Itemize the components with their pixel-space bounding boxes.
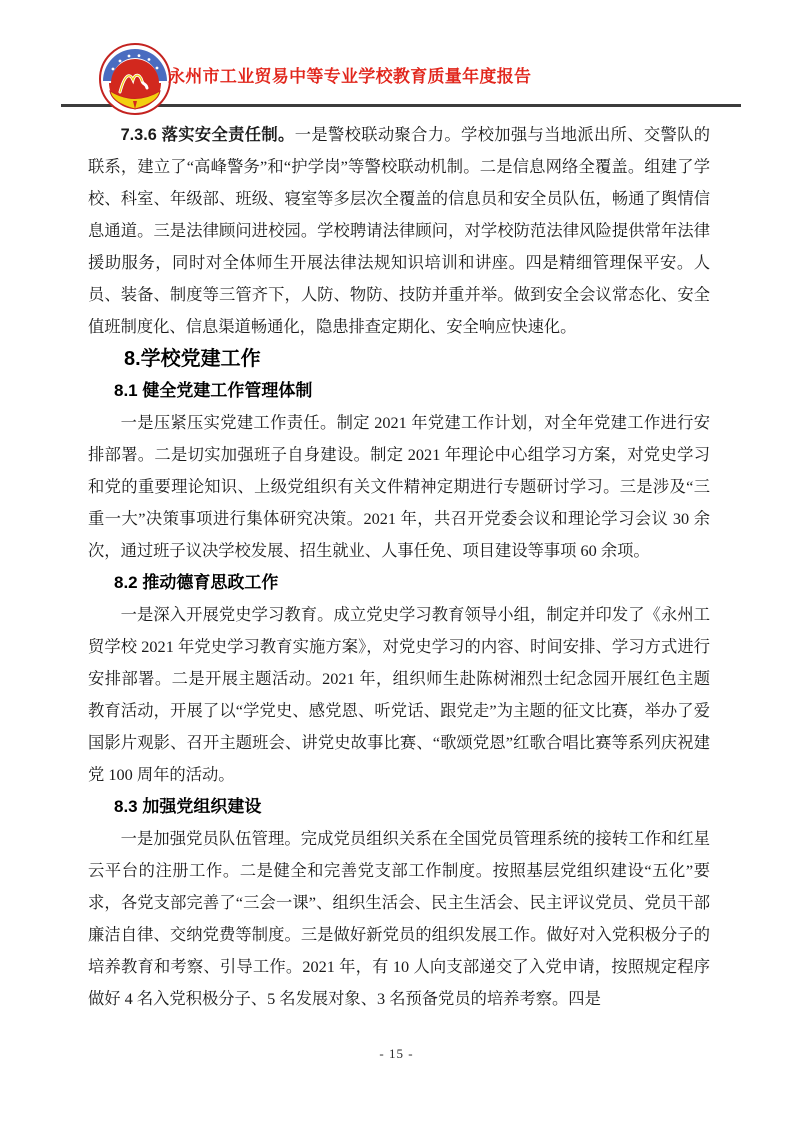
paragraph-bold-lead: 7.3.6 落实安全责任制。	[121, 126, 295, 144]
section-heading-party-building: 8.学校党建工作	[124, 343, 710, 375]
document-page: 永州市工业贸易中等专业学校教育质量年度报告 7.3.6 落实安全责任制。一是警校…	[0, 0, 793, 1122]
header-title: 永州市工业贸易中等专业学校教育质量年度报告	[168, 62, 531, 87]
subsection-heading-8-3: 8.3 加强党组织建设	[114, 791, 710, 823]
school-logo-icon	[99, 43, 171, 115]
page-footer: - 15 -	[0, 1046, 793, 1062]
document-body: 7.3.6 落实安全责任制。一是警校联动聚合力。学校加强与当地派出所、交警队的联…	[88, 104, 710, 1015]
page-number: - 15 -	[379, 1046, 413, 1061]
paragraph-safety-responsibility: 7.3.6 落实安全责任制。一是警校联动聚合力。学校加强与当地派出所、交警队的联…	[88, 119, 710, 343]
subsection-heading-8-1: 8.1 健全党建工作管理体制	[114, 375, 710, 407]
subsection-heading-8-2: 8.2 推动德育思政工作	[114, 567, 710, 599]
paragraph-text: 一是警校联动聚合力。学校加强与当地派出所、交警队的联系，建立了“高峰警务”和“护…	[88, 125, 710, 336]
paragraph-8-3: 一是加强党员队伍管理。完成党员组织关系在全国党员管理系统的接转工作和红星云平台的…	[88, 823, 710, 1015]
paragraph-8-2: 一是深入开展党史学习教育。成立党史学习教育领导小组，制定并印发了《永州工贸学校 …	[88, 599, 710, 791]
paragraph-8-1: 一是压紧压实党建工作责任。制定 2021 年党建工作计划，对全年党建工作进行安排…	[88, 407, 710, 567]
